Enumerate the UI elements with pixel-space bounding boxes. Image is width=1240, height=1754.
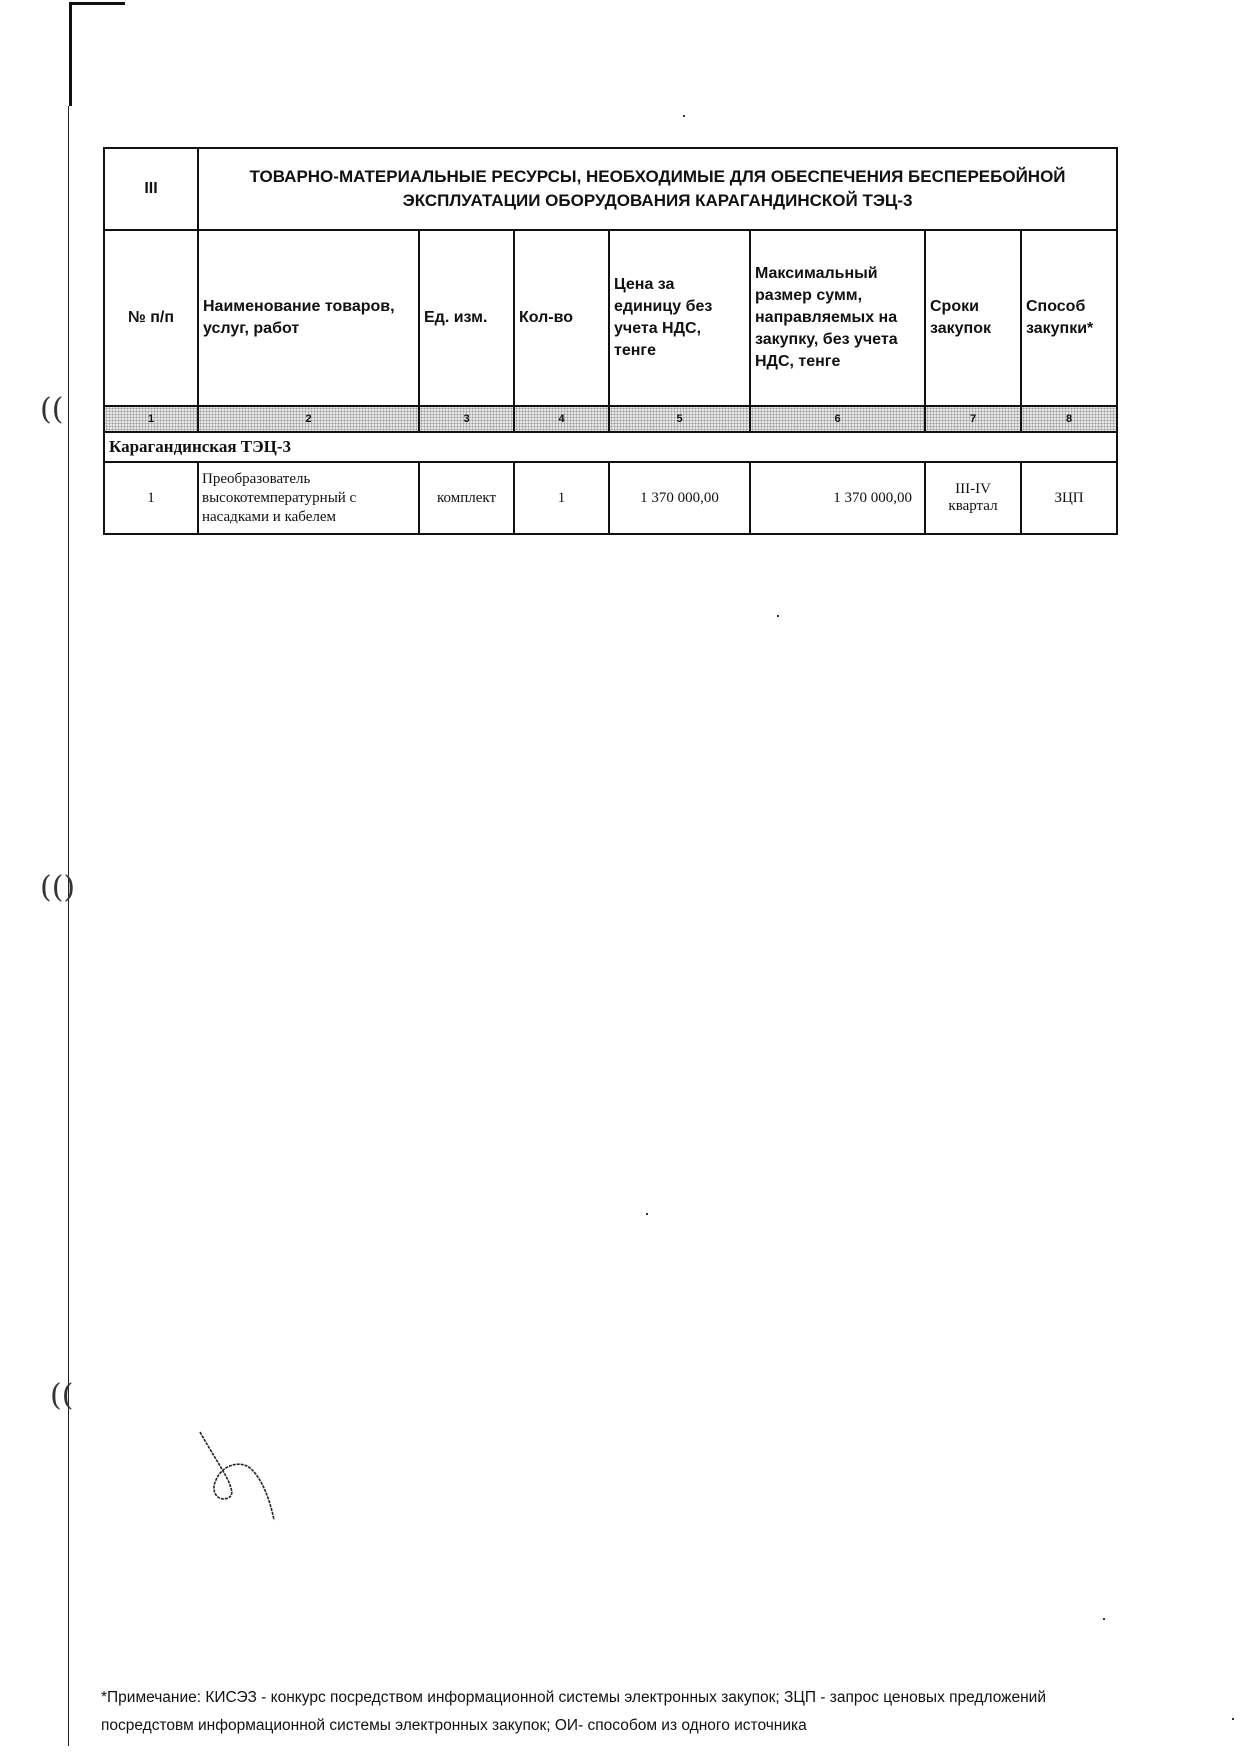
col-header-max-amount: Максимальный размер сумм, направляемых н… <box>750 230 925 406</box>
item-qty: 1 <box>514 462 609 534</box>
col-header-name: Наименование товаров, услуг, работ <box>198 230 419 406</box>
col-number: 8 <box>1021 406 1117 432</box>
col-header-unit: Ед. изм. <box>419 230 514 406</box>
binding-margin-line <box>68 106 69 1746</box>
col-header-unit-price: Цена за единицу без учета НДС, тенге <box>609 230 750 406</box>
section-title: ТОВАРНО-МАТЕРИАЛЬНЫЕ РЕСУРСЫ, НЕОБХОДИМЫ… <box>198 148 1117 230</box>
stitch-mark: (( <box>40 392 63 427</box>
item-method: ЗЦП <box>1021 462 1117 534</box>
footnote: *Примечание: КИСЭЗ - конкурс посредством… <box>101 1684 1141 1740</box>
col-number: 4 <box>514 406 609 432</box>
col-number: 1 <box>104 406 198 432</box>
signature <box>190 1420 300 1530</box>
col-header-method: Способ закупки* <box>1021 230 1117 406</box>
stitch-mark: (() <box>40 870 75 905</box>
table-row: 1 Преобразователь высокотемпературный с … <box>104 462 1117 534</box>
section-number: III <box>104 148 198 230</box>
scan-speck <box>683 115 685 117</box>
procurement-table: III ТОВАРНО-МАТЕРИАЛЬНЫЕ РЕСУРСЫ, НЕОБХО… <box>103 147 1118 535</box>
col-header-qty: Кол-во <box>514 230 609 406</box>
column-number-row: 1 2 3 4 5 6 7 8 <box>104 406 1117 432</box>
row-number: 1 <box>104 462 198 534</box>
col-number: 6 <box>750 406 925 432</box>
item-max-amount: 1 370 000,00 <box>750 462 925 534</box>
item-name: Преобразователь высокотемпературный с на… <box>198 462 419 534</box>
column-header-row: № п/п Наименование товаров, услуг, работ… <box>104 230 1117 406</box>
group-row: Карагандинская ТЭЦ-3 <box>104 432 1117 462</box>
col-header-period: Сроки закупок <box>925 230 1021 406</box>
scan-speck <box>1103 1618 1105 1620</box>
item-period: III-IV квартал <box>925 462 1021 534</box>
item-unit: комплект <box>419 462 514 534</box>
stitch-mark: (( <box>50 1378 73 1413</box>
scan-speck <box>646 1213 648 1215</box>
scan-speck <box>1232 1718 1234 1720</box>
col-header-number: № п/п <box>104 230 198 406</box>
binding-margin-top <box>69 2 125 5</box>
col-number: 2 <box>198 406 419 432</box>
group-name: Карагандинская ТЭЦ-3 <box>104 432 1117 462</box>
item-unit-price: 1 370 000,00 <box>609 462 750 534</box>
scan-speck <box>777 615 779 617</box>
col-number: 5 <box>609 406 750 432</box>
binding-margin-line <box>69 2 72 106</box>
col-number: 3 <box>419 406 514 432</box>
col-number: 7 <box>925 406 1021 432</box>
